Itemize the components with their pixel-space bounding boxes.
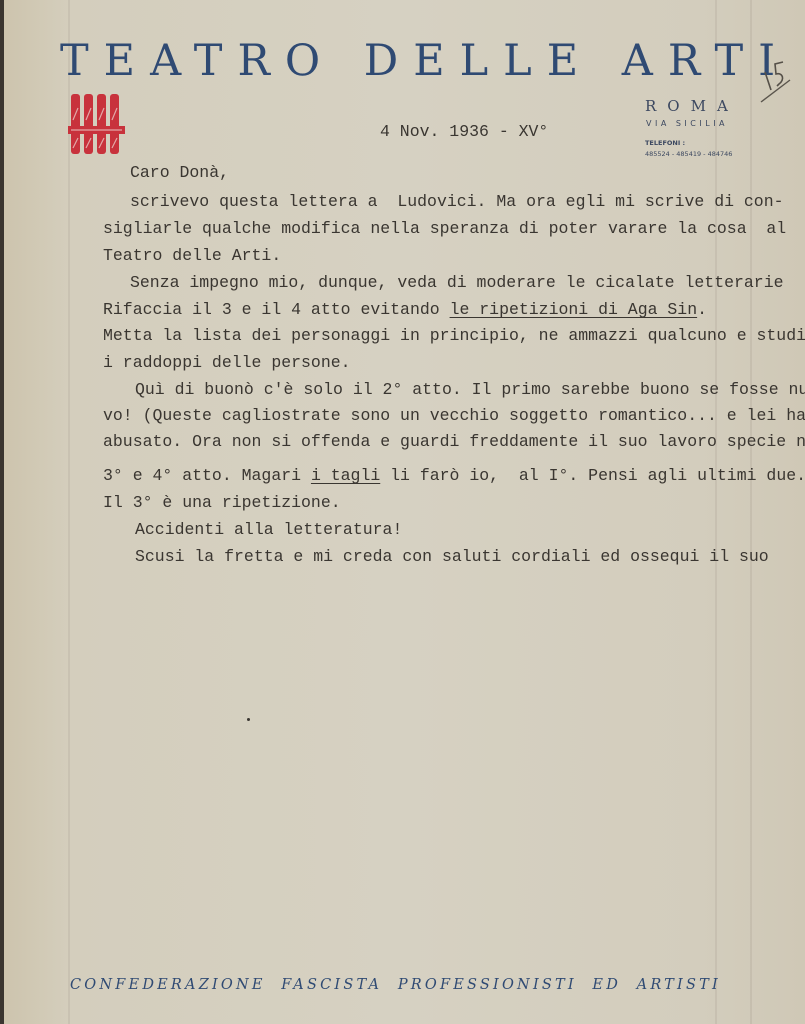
letter-page: TEATRO DELLE ARTI ROMA VIA SICILIA TELEF… — [0, 0, 805, 1024]
body-line: Teatro delle Arti. — [103, 246, 281, 265]
paper-crease — [750, 0, 752, 1024]
ink-speck — [247, 718, 250, 721]
letterhead-phones-label: TELEFONI : — [645, 139, 685, 147]
body-line: Accidenti alla letteratura! — [135, 520, 402, 539]
closing-line: Scusi la fretta e mi creda con saluti co… — [135, 547, 769, 566]
fasces-emblem-icon — [68, 90, 126, 158]
body-line: sigliarle qualche modifica nella speranz… — [103, 219, 786, 238]
body-line: Quì di buonò c'è solo il 2° atto. Il pri… — [135, 380, 805, 399]
body-line: Senza impegno mio, dunque, veda di moder… — [130, 273, 784, 292]
body-text: Rifaccia il 3 e il 4 atto evitando — [103, 300, 450, 319]
body-text: . — [697, 300, 707, 319]
letterhead-footer: CONFEDERAZIONE FASCISTA PROFESSIONISTI E… — [70, 977, 721, 993]
body-line: i raddoppi delle persone. — [103, 353, 351, 372]
body-line: vo! (Queste cagliostrate sono un vecchio… — [103, 406, 805, 425]
letterhead-city: ROMA — [645, 97, 739, 115]
svg-text:15: 15 — [755, 50, 757, 51]
body-line: Rifaccia il 3 e il 4 atto evitando le ri… — [103, 300, 707, 319]
letter-date: 4 Nov. 1936 - XV° — [380, 122, 548, 141]
handwritten-page-number: 15 — [755, 50, 795, 105]
body-text: li farò io, al I°. Pensi agli ultimi due… — [380, 466, 805, 485]
scan-edge — [0, 0, 4, 1024]
letterhead-street: VIA SICILIA — [646, 119, 728, 128]
letterhead-phones: 485524 - 485419 - 484746 — [645, 150, 732, 158]
salutation: Caro Donà, — [130, 163, 229, 182]
body-line: Metta la lista dei personaggi in princip… — [103, 326, 805, 345]
underlined-phrase: le ripetizioni di Aga Sin — [450, 300, 698, 319]
letterhead-title: TEATRO DELLE ARTI — [60, 36, 750, 86]
body-line: 3° e 4° atto. Magari i tagli li farò io,… — [103, 466, 805, 485]
underlined-phrase: i tagli — [311, 466, 380, 485]
body-text: 3° e 4° atto. Magari — [103, 466, 311, 485]
body-line: scrivevo questa lettera a Ludovici. Ma o… — [130, 192, 784, 211]
body-line: abusato. Ora non si offenda e guardi fre… — [103, 432, 805, 451]
body-line: Il 3° è una ripetizione. — [103, 493, 341, 512]
